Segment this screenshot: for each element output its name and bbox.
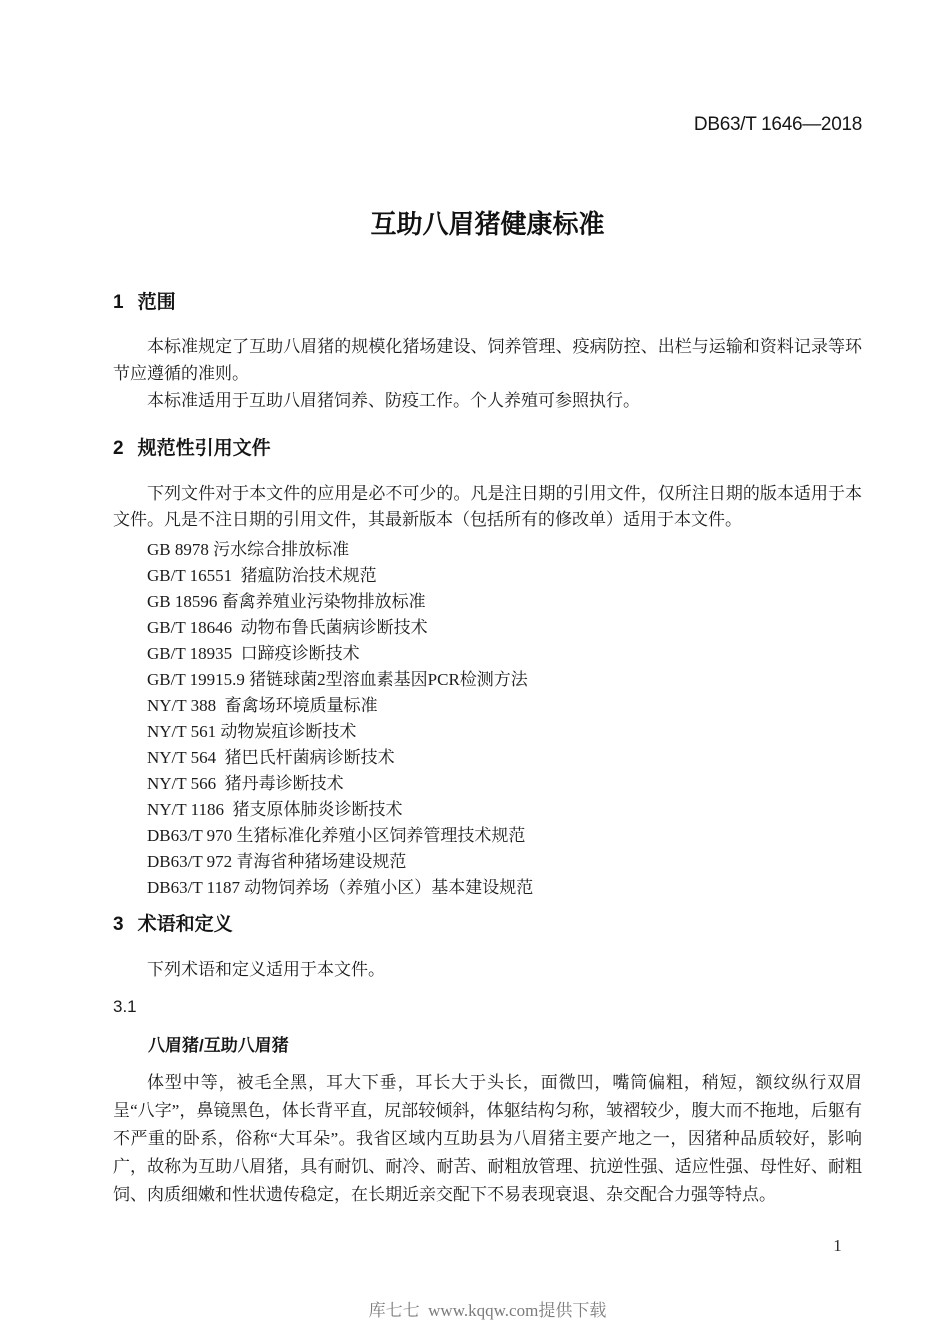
reference-item: DB63/T 970 生猪标准化养殖小区饲养管理技术规范 xyxy=(113,823,862,849)
reference-item: NY/T 566 猪丹毒诊断技术 xyxy=(113,771,862,797)
reference-item: DB63/T 972 青海省种猪场建设规范 xyxy=(113,849,862,875)
reference-item: GB/T 18935 口蹄疫诊断技术 xyxy=(113,641,862,667)
term-name: 八眉猪/互助八眉猪 xyxy=(113,1031,897,1056)
section-title: 范围 xyxy=(138,292,176,313)
term-definition: 体型中等，被毛全黑，耳大下垂，耳长大于头长，面微凹，嘴筒偏粗，稍短，额纹纵行双眉… xyxy=(113,1069,862,1209)
reference-item: DB63/T 1187 动物饲养场（养殖小区）基本建设规范 xyxy=(113,875,862,901)
reference-item: GB 18596 畜禽养殖业污染物排放标准 xyxy=(113,589,862,615)
reference-item: NY/T 561 动物炭疽诊断技术 xyxy=(113,719,862,745)
scope-paragraph-1: 本标准规定了互助八眉猪的规模化猪场建设、饲养管理、疫病防控、出栏与运输和资料记录… xyxy=(113,333,862,387)
references-list: GB 8978 污水综合排放标准 GB/T 16551 猪瘟防治技术规范 GB … xyxy=(113,537,862,901)
reference-item: NY/T 388 畜禽场环境质量标准 xyxy=(113,693,862,719)
section-number: 1 xyxy=(113,292,124,313)
reference-item: GB/T 18646 动物布鲁氏菌病诊断技术 xyxy=(113,615,862,641)
section-number: 2 xyxy=(113,438,124,459)
references-intro: 下列文件对于本文件的应用是必不可少的。凡是注日期的引用文件，仅所注日期的版本适用… xyxy=(113,481,862,533)
section-heading-scope: 1范围 xyxy=(113,287,862,314)
section-number: 3 xyxy=(113,914,124,935)
reference-item: NY/T 564 猪巴氏杆菌病诊断技术 xyxy=(113,745,862,771)
term-number: 3.1 xyxy=(113,997,413,1017)
section-title: 规范性引用文件 xyxy=(138,438,271,459)
footer-watermark: 库七七 www.kqqw.com提供下载 xyxy=(113,1296,862,1321)
document-page: DB63/T 1646—2018 互助八眉猪健康标准 1范围 本标准规定了互助八… xyxy=(0,0,950,1344)
terms-intro: 下列术语和定义适用于本文件。 xyxy=(113,956,862,983)
reference-item: GB 8978 污水综合排放标准 xyxy=(113,537,862,563)
reference-item: GB/T 19915.9 猪链球菌2型溶血素基因PCR检测方法 xyxy=(113,667,862,693)
section-title: 术语和定义 xyxy=(138,914,233,935)
standard-code: DB63/T 1646—2018 xyxy=(113,114,862,136)
scope-paragraph-2: 本标准适用于互助八眉猪饲养、防疫工作。个人养殖可参照执行。 xyxy=(113,387,862,414)
reference-item: NY/T 1186 猪支原体肺炎诊断技术 xyxy=(113,797,862,823)
document-title: 互助八眉猪健康标准 xyxy=(113,204,862,241)
section-heading-terms: 3术语和定义 xyxy=(113,909,862,936)
reference-item: GB/T 16551 猪瘟防治技术规范 xyxy=(113,563,862,589)
section-heading-references: 2规范性引用文件 xyxy=(113,433,862,460)
page-number: 1 xyxy=(790,1236,885,1256)
